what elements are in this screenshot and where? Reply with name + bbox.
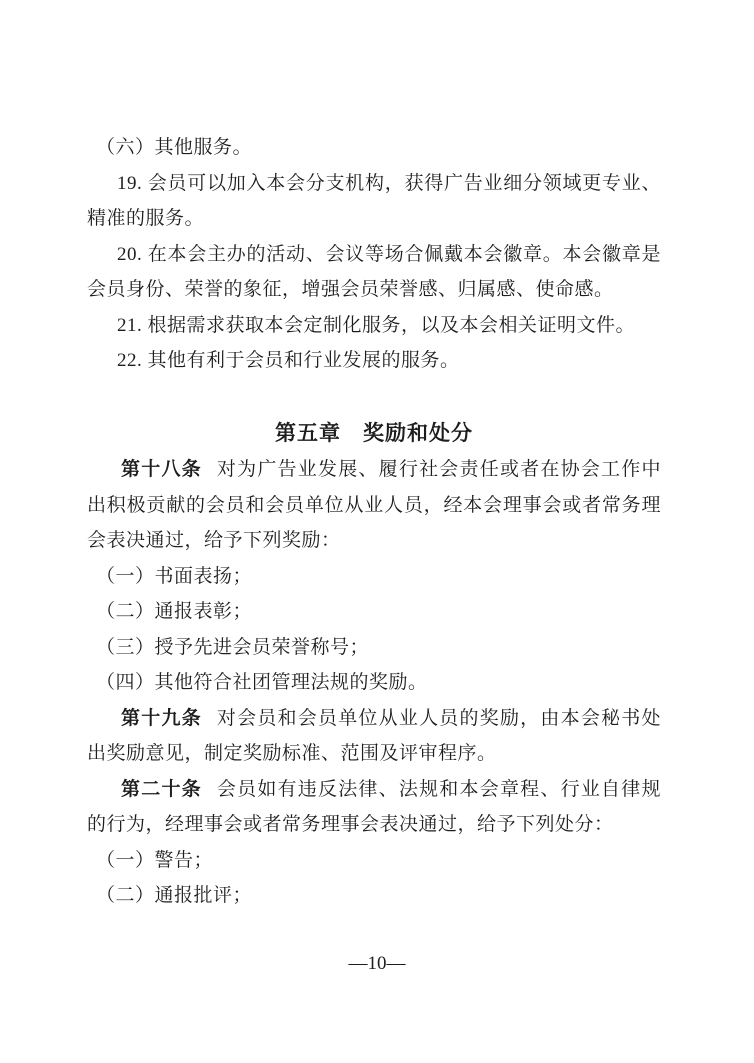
text-line: 的行为，经理事会或者常务理事会表决通过，给予下列处分： bbox=[87, 807, 661, 843]
text-line: 会员身份、荣誉的象征，增强会员荣誉感、归属感、使命感。 bbox=[87, 272, 661, 308]
text-line: （二）通报表彰； bbox=[87, 594, 661, 630]
text-line: 会表决通过，给予下列奖励： bbox=[87, 523, 661, 559]
page-number: —10— bbox=[0, 953, 754, 975]
document-body: （六）其他服务。19. 会员可以加入本会分支机构，获得广告业细分领域更专业、精准… bbox=[87, 130, 661, 914]
text-line: 第十九条对会员和会员单位从业人员的奖励，由本会秘书处提 bbox=[87, 701, 661, 737]
text-line: 20. 在本会主办的活动、会议等场合佩戴本会徽章。本会徽章是 bbox=[87, 237, 661, 273]
chapter-heading: 第五章 奖励和处分 bbox=[87, 414, 661, 452]
text-line: 精准的服务。 bbox=[87, 201, 661, 237]
text-line: 21. 根据需求获取本会定制化服务，以及本会相关证明文件。 bbox=[87, 308, 661, 344]
text-line: 第二十条会员如有违反法律、法规和本会章程、行业自律规则 bbox=[87, 772, 661, 808]
article-number: 第二十条 bbox=[121, 779, 202, 800]
line-text: 对会员和会员单位从业人员的奖励，由本会秘书处提 bbox=[121, 708, 661, 737]
text-line: 22. 其他有利于会员和行业发展的服务。 bbox=[87, 343, 661, 379]
line-spacer bbox=[87, 379, 661, 415]
text-line: （四）其他符合社团管理法规的奖励。 bbox=[87, 665, 661, 701]
text-line: （二）通报批评； bbox=[87, 878, 661, 914]
text-line: 第十八条对为广告业发展、履行社会责任或者在协会工作中作 bbox=[87, 452, 661, 488]
line-text: 对为广告业发展、履行社会责任或者在协会工作中作 bbox=[121, 459, 661, 488]
line-text: 会员如有违反法律、法规和本会章程、行业自律规则 bbox=[121, 779, 661, 808]
text-line: （三）授予先进会员荣誉称号； bbox=[87, 630, 661, 666]
text-line: （一）书面表扬； bbox=[87, 559, 661, 595]
text-line: 出积极贡献的会员和会员单位从业人员，经本会理事会或者常务理事 bbox=[87, 488, 661, 524]
text-line: （一）警告； bbox=[87, 843, 661, 879]
text-line: 19. 会员可以加入本会分支机构，获得广告业细分领域更专业、 bbox=[87, 166, 661, 202]
article-number: 第十八条 bbox=[121, 459, 202, 480]
text-line: 出奖励意见，制定奖励标准、范围及评审程序。 bbox=[87, 736, 661, 772]
text-line: （六）其他服务。 bbox=[87, 130, 661, 166]
document-page: （六）其他服务。19. 会员可以加入本会分支机构，获得广告业细分领域更专业、精准… bbox=[0, 0, 754, 1063]
article-number: 第十九条 bbox=[121, 708, 202, 729]
